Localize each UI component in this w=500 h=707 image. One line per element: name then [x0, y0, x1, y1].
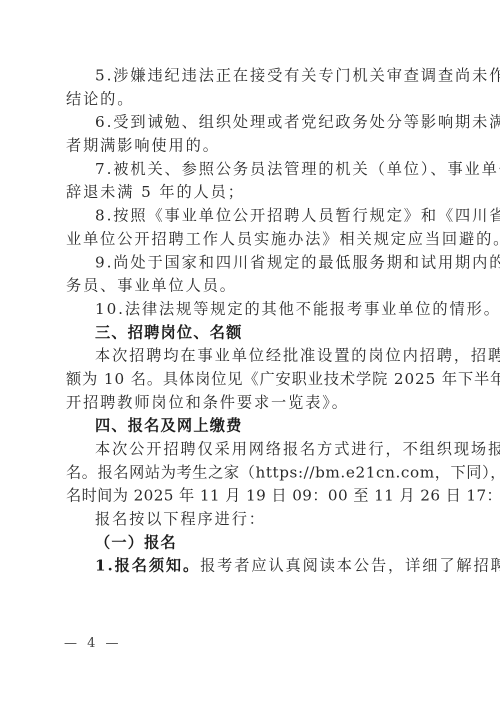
section-heading: 四、报名及网上缴费	[95, 416, 243, 436]
text-line: 本次公开招聘仅采用网络报名方式进行，不组织现场报	[95, 439, 500, 459]
text-line: 名。报名网站为考生之家（https://bm.e21cn.com，下同），报	[66, 462, 500, 482]
subsection-heading: （一）报名	[95, 532, 177, 552]
page-number: — 4 —	[64, 636, 122, 651]
section-heading: 三、招聘岗位、名额	[95, 322, 243, 342]
text-line: 本次招聘均在事业单位经批准设置的岗位内招聘，招聘名	[95, 346, 500, 366]
text-line: 务员、事业单位人员。	[66, 276, 237, 296]
text-line: 开招聘教师岗位和条件要求一览表》。	[66, 392, 349, 412]
text-line: 1.报名须知。报考者应认真阅读本公告，详细了解招聘对	[95, 556, 500, 576]
text-line: 8.按照《事业单位公开招聘人员暂行规定》和《四川省事	[95, 206, 500, 226]
text-line: 业单位公开招聘工作人员实施办法》相关规定应当回避的。	[66, 229, 500, 249]
text-line: 5.涉嫌违纪违法正在接受有关专门机关审查调查尚未作出	[95, 66, 500, 86]
text-line: 者期满影响使用的。	[66, 136, 220, 156]
text-line: 结论的。	[66, 89, 134, 109]
text-line: 辞退未满 5 年的人员；	[66, 182, 245, 202]
text-line: 10.法律法规等规定的其他不能报考事业单位的情形。	[95, 299, 500, 319]
text-line: 9.尚处于国家和四川省规定的最低服务期和试用期内的公	[95, 252, 500, 272]
text-line-rest: 报考者应认真阅读本公告，详细了解招聘对	[200, 557, 500, 575]
text-line: 6.受到诫勉、组织处理或者党纪政务处分等影响期未满或	[95, 112, 500, 132]
text-line: 名时间为 2025 年 11 月 19 日 09：00 至 11 月 26 日 …	[66, 486, 500, 506]
text-line: 报名按以下程序进行：	[95, 509, 266, 529]
text-line: 额为 10 名。具体岗位见《广安职业技术学院 2025 年下半年公	[66, 369, 500, 389]
text-line: 7.被机关、参照公务员法管理的机关（单位）、事业单位	[95, 159, 500, 179]
bold-label: 1.报名须知。	[95, 557, 200, 575]
